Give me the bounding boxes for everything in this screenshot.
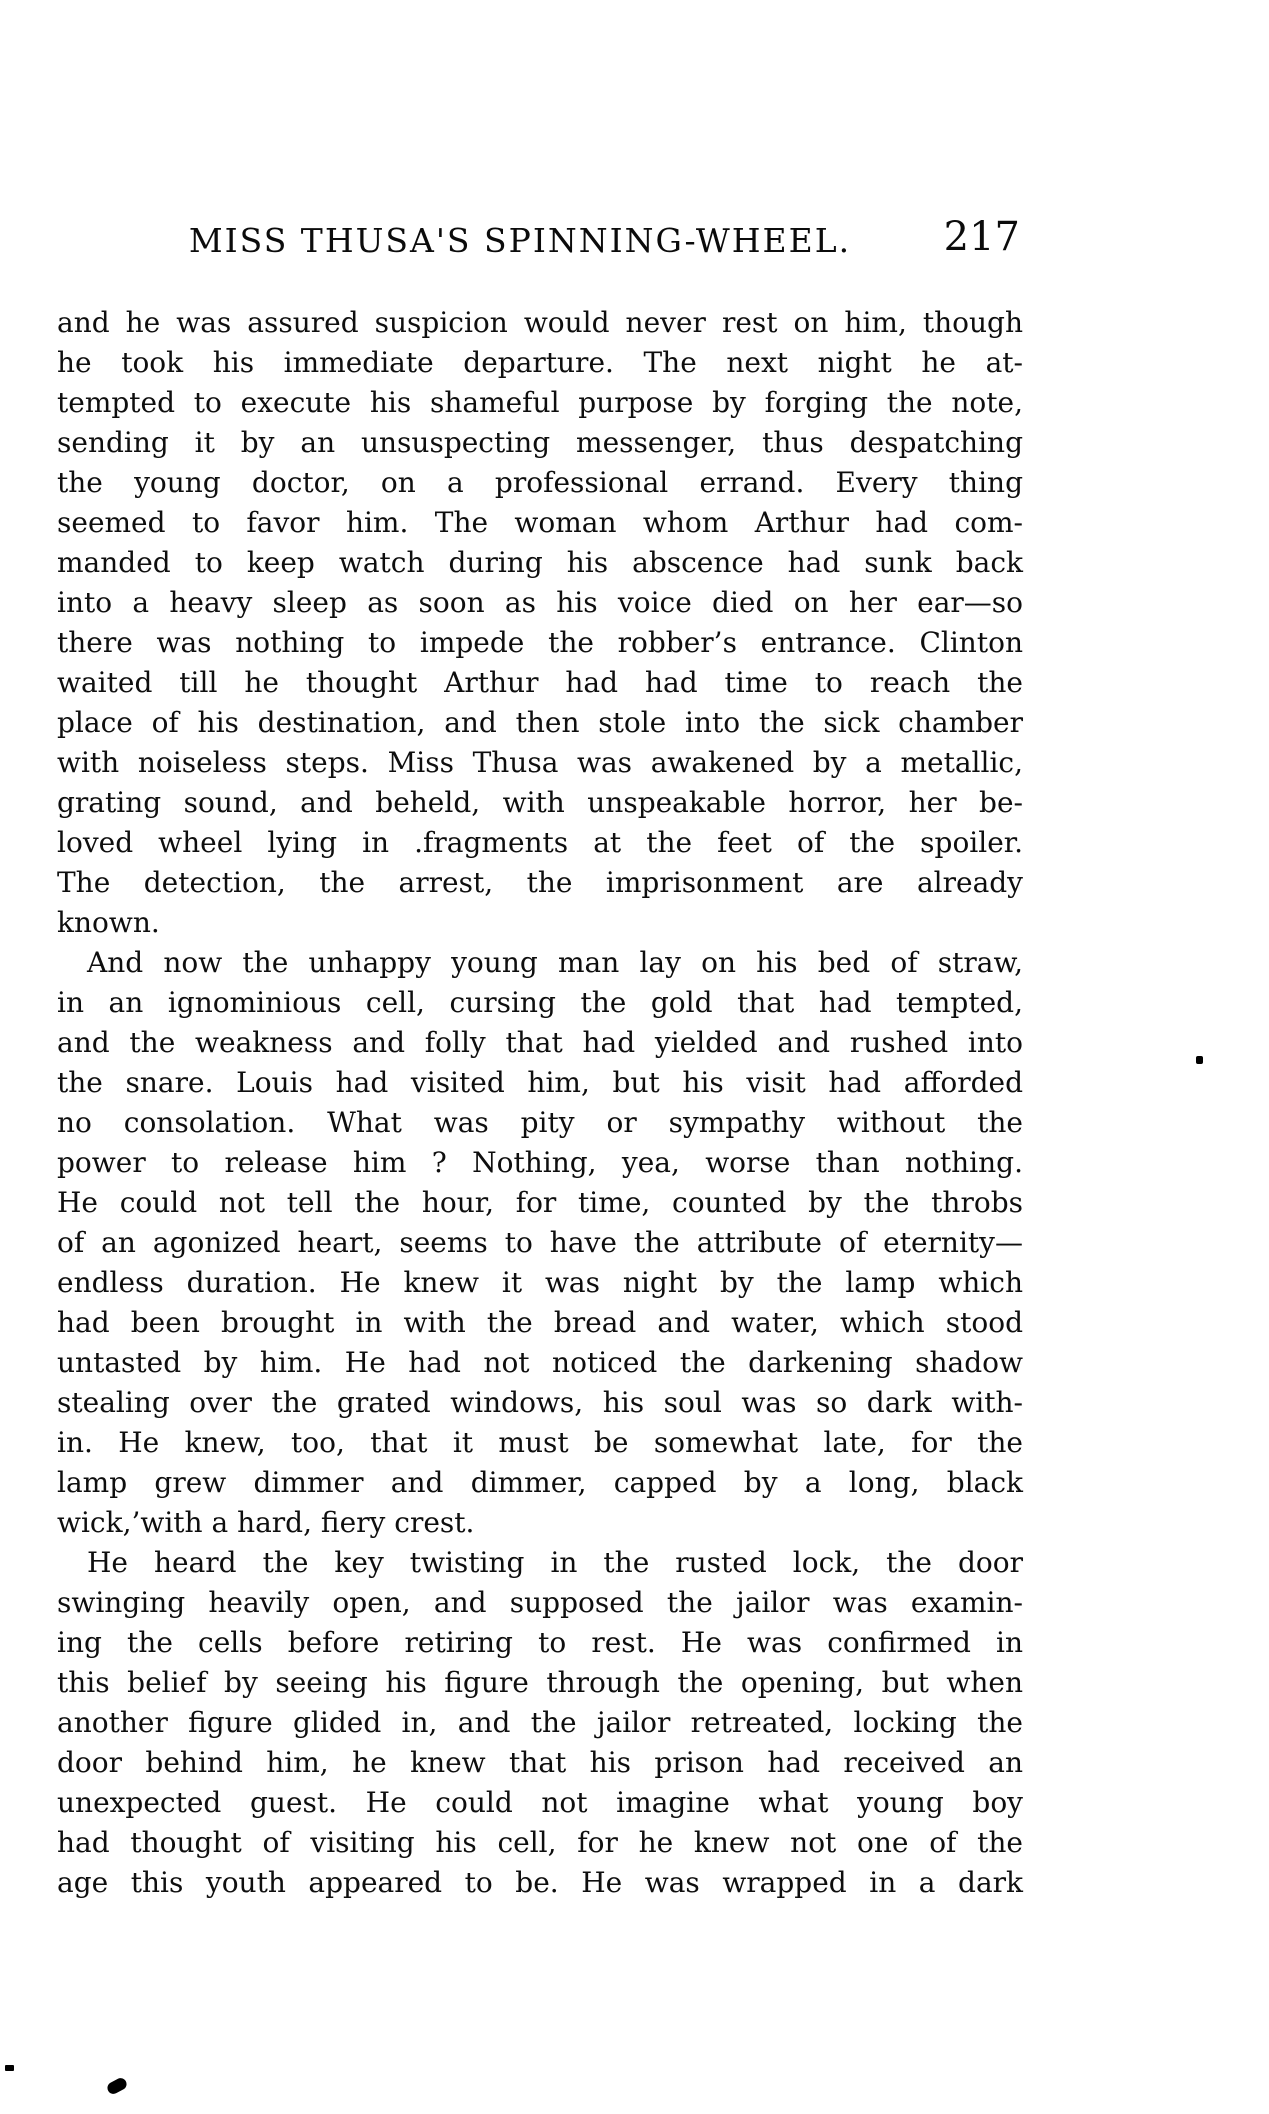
text-line: grating sound, and beheld, with unspeaka… <box>57 783 1023 823</box>
text-line: stealing over the grated windows, his so… <box>57 1383 1023 1423</box>
text-line: in an ignominious cell, cursing the gold… <box>57 983 1023 1023</box>
book-page: MISS THUSA'S SPINNING-WHEEL. 217 and he … <box>0 0 1269 2114</box>
text-line: of an agonized heart, seems to have the … <box>57 1223 1023 1263</box>
text-line: into a heavy sleep as soon as his voice … <box>57 583 1023 623</box>
page-number: 217 <box>944 217 1020 257</box>
text-line: unexpected guest. He could not imagine w… <box>57 1783 1023 1823</box>
text-line: untasted by him. He had not noticed the … <box>57 1343 1023 1383</box>
text-line: and the weakness and folly that had yiel… <box>57 1023 1023 1063</box>
text-line: with noiseless steps. Miss Thusa was awa… <box>57 743 1023 783</box>
text-line: and he was assured suspicion would never… <box>57 303 1023 343</box>
text-line: waited till he thought Arthur had had ti… <box>57 663 1023 703</box>
ink-speck <box>105 2076 128 2096</box>
text-line: tempted to execute his shameful purpose … <box>57 383 1023 423</box>
text-line: another figure glided in, and the jailor… <box>57 1703 1023 1743</box>
text-line: place of his destination, and then stole… <box>57 703 1023 743</box>
text-line: The detection, the arrest, the imprisonm… <box>57 863 1023 903</box>
text-line: in. He knew, too, that it must be somewh… <box>57 1423 1023 1463</box>
text-line: the young doctor, on a professional erra… <box>57 463 1023 503</box>
ink-speck <box>1196 1056 1203 1064</box>
text-line: swinging heavily open, and supposed the … <box>57 1583 1023 1623</box>
text-line: wick,’with a hard, fiery crest. <box>57 1503 1023 1543</box>
running-header-title: MISS THUSA'S SPINNING-WHEEL. <box>37 224 1003 257</box>
text-line: seemed to favor him. The woman whom Arth… <box>57 503 1023 543</box>
text-line: And now the unhappy young man lay on his… <box>57 943 1023 983</box>
body-text: and he was assured suspicion would never… <box>57 303 1023 1903</box>
ink-speck <box>5 2065 14 2071</box>
text-line: had thought of visiting his cell, for he… <box>57 1823 1023 1863</box>
text-line: lamp grew dimmer and dimmer, capped by a… <box>57 1463 1023 1503</box>
text-line: he took his immediate departure. The nex… <box>57 343 1023 383</box>
text-line: endless duration. He knew it was night b… <box>57 1263 1023 1303</box>
text-line: He heard the key twisting in the rusted … <box>57 1543 1023 1583</box>
text-line: age this youth appeared to be. He was wr… <box>57 1863 1023 1903</box>
text-line: He could not tell the hour, for time, co… <box>57 1183 1023 1223</box>
text-line: the snare. Louis had visited him, but hi… <box>57 1063 1023 1103</box>
text-line: power to release him ? Nothing, yea, wor… <box>57 1143 1023 1183</box>
text-line: ing the cells before retiring to rest. H… <box>57 1623 1023 1663</box>
text-line: known. <box>57 903 1023 943</box>
text-line: door behind him, he knew that his prison… <box>57 1743 1023 1783</box>
text-line: there was nothing to impede the robber’s… <box>57 623 1023 663</box>
text-line: manded to keep watch during his abscence… <box>57 543 1023 583</box>
text-line: loved wheel lying in .fragments at the f… <box>57 823 1023 863</box>
text-line: had been brought in with the bread and w… <box>57 1303 1023 1343</box>
text-line: sending it by an unsuspecting messenger,… <box>57 423 1023 463</box>
text-line: no consolation. What was pity or sympath… <box>57 1103 1023 1143</box>
text-line: this belief by seeing his figure through… <box>57 1663 1023 1703</box>
